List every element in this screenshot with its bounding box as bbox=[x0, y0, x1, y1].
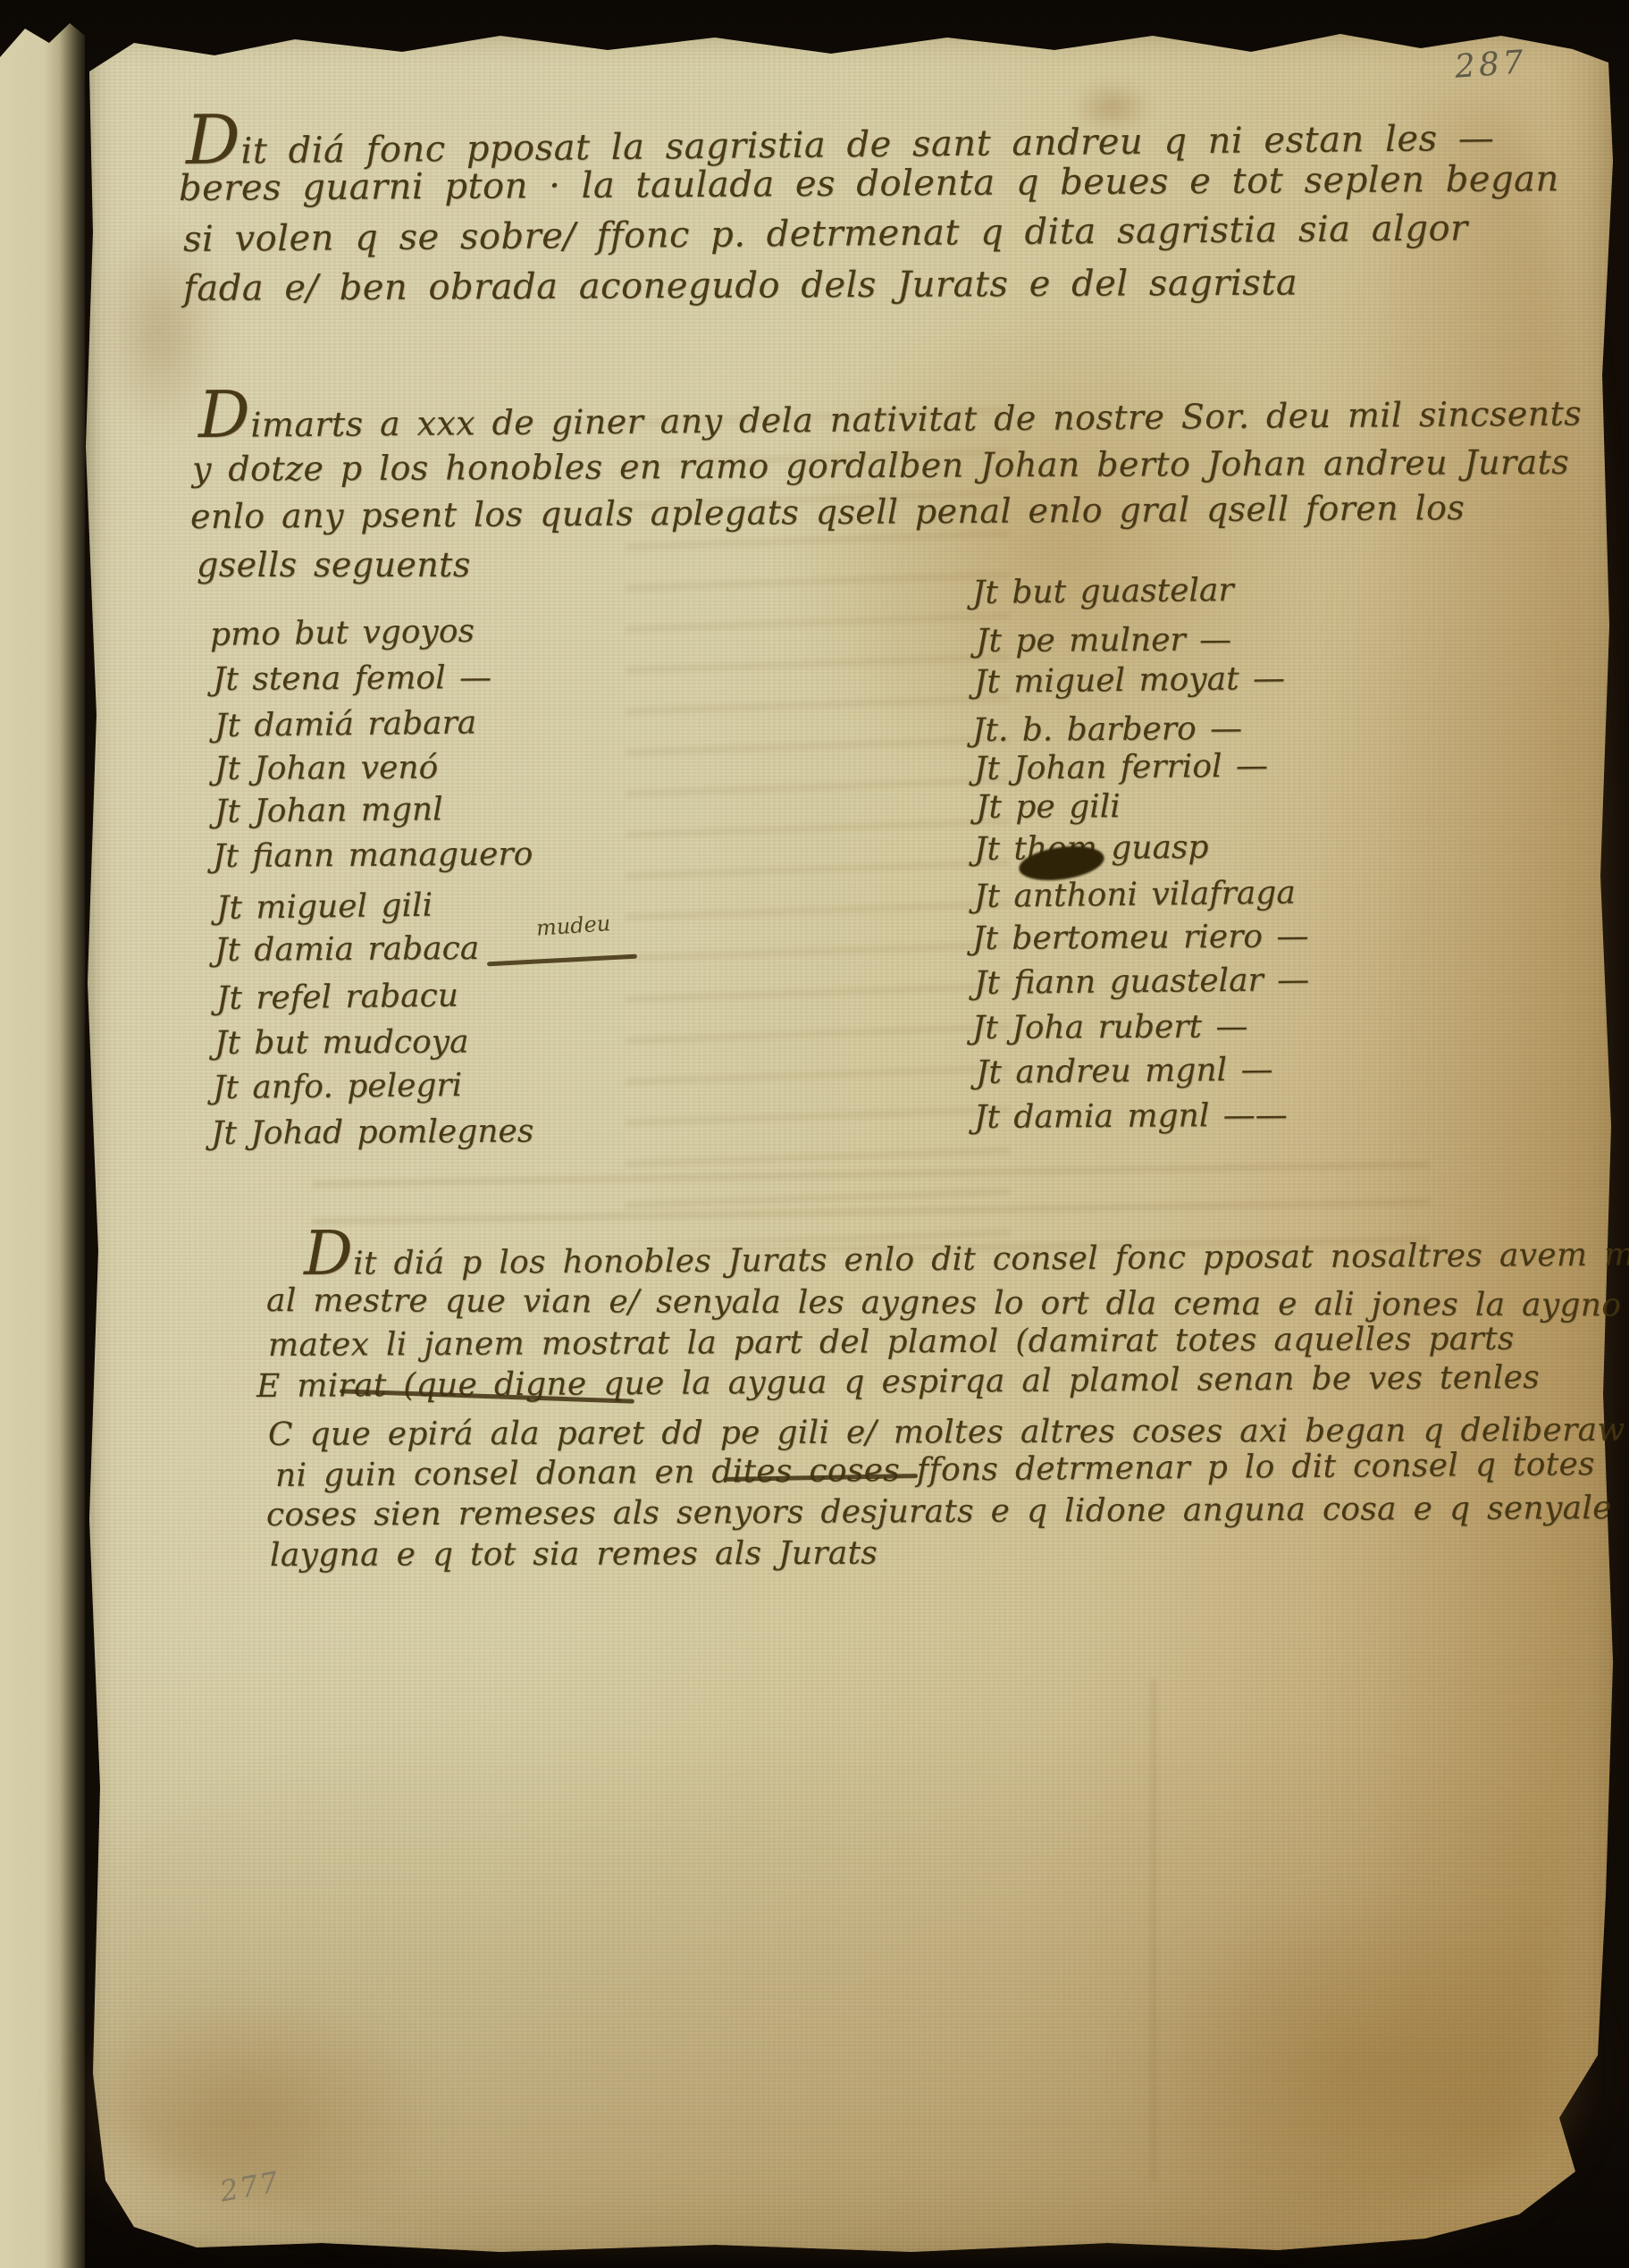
manuscript-line: laygna e q tot sia remes als Jurats bbox=[270, 1535, 877, 1574]
councillor-name: Jt fiann guastelar — bbox=[974, 962, 1310, 1002]
councillor-name: Jt pe mulner — bbox=[976, 622, 1231, 659]
interlinear-correction: mudeu bbox=[535, 911, 611, 941]
councillor-name: Jt miguel gili bbox=[216, 887, 433, 927]
councillor-name: Jt anfo. pelegri bbox=[213, 1067, 463, 1106]
councillor-name: Jt. b. barbero — bbox=[972, 710, 1242, 749]
councillor-name: Jt but guastelar bbox=[972, 572, 1234, 611]
paper-fold bbox=[1151, 1680, 1156, 2180]
manuscript-page-scan: 287 277 Dit diá fonc pposat la sagristia… bbox=[0, 0, 1629, 2268]
councillor-name: Jt miguel moyat — bbox=[974, 660, 1285, 701]
councillor-name: Jt Joha rubert — bbox=[972, 1008, 1248, 1046]
councillor-name: Jt damiá rabara bbox=[214, 704, 477, 744]
councillor-name: Jt Johan ferriol — bbox=[974, 748, 1268, 787]
councillor-name: Jt stena femol — bbox=[213, 659, 491, 698]
councillor-name: Jt refel rabacu bbox=[216, 978, 458, 1017]
manuscript-line: matex li janem mostrat la part del plamo… bbox=[268, 1321, 1515, 1364]
manuscript-line: y dotze p los honobles en ramo gordalben… bbox=[192, 442, 1569, 489]
councillor-name: Jt thom guasp bbox=[974, 829, 1209, 868]
manuscript-line: gsells seguents bbox=[197, 545, 471, 584]
councillor-name: Jt andreu mgnl — bbox=[976, 1052, 1273, 1091]
councillor-name: Jt damia mgnl —— bbox=[974, 1097, 1288, 1136]
folio-number-top: 287 bbox=[1454, 44, 1528, 86]
manuscript-line: fada e/ ben obrada aconegudo dels Jurats… bbox=[183, 262, 1297, 309]
councillor-name: Jt Johan venó bbox=[214, 750, 438, 787]
councillor-name: Jt but mudcoya bbox=[214, 1024, 469, 1062]
councillor-name: Jt anthoni vilafraga bbox=[974, 875, 1296, 915]
councillor-name: Jt bertomeu riero — bbox=[972, 918, 1309, 957]
councillor-name: Jt Johan mgnl bbox=[214, 791, 443, 830]
councillor-name: Jt pe gili bbox=[976, 788, 1121, 826]
previous-page-edge bbox=[0, 16, 85, 2268]
manuscript-line: al mestre que vian e/ senyala les aygnes… bbox=[266, 1282, 1629, 1324]
manuscript-line: coses sien remeses als senyors desjurats… bbox=[266, 1490, 1612, 1533]
manuscript-line: Dit diá p los honobles Jurats enlo dit c… bbox=[304, 1223, 1629, 1282]
councillor-name: pmo but vgoyos bbox=[210, 613, 475, 653]
councillor-name: Jt fiann managuero bbox=[213, 836, 533, 875]
councillor-name: Jt Johad pomlegnes bbox=[211, 1113, 534, 1152]
councillor-name: Jt damia rabaca bbox=[214, 930, 479, 969]
